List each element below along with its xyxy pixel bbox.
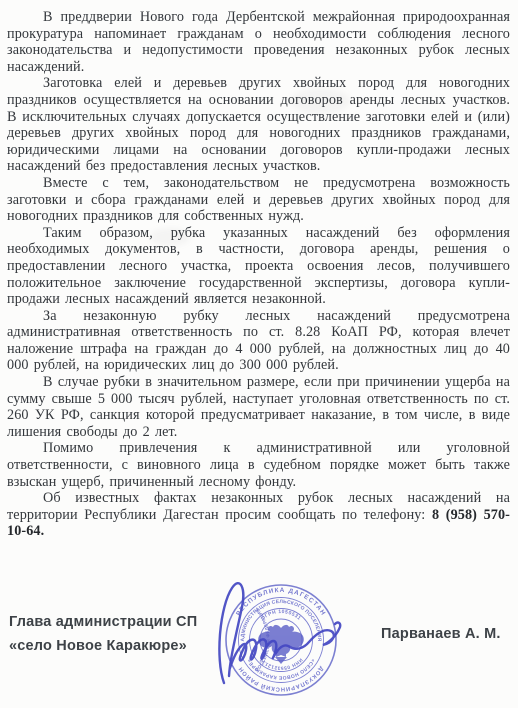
paragraph-illegal-definition: Таким образом, рубка указанных насаждени…	[7, 225, 510, 308]
signer-title-line2: «село Новое Каракюре»	[9, 634, 197, 658]
document-page: В преддверии Нового года Дербентской меж…	[0, 0, 518, 708]
signer-title-line1: Глава администрации СП	[9, 610, 197, 634]
paragraph-intro: В преддверии Нового года Дербентской меж…	[7, 9, 510, 75]
paragraph-criminal-liability: В случае рубки в значительном размере, е…	[7, 374, 510, 440]
document-body: В преддверии Нового года Дербентской меж…	[7, 9, 510, 540]
official-stamp: РЕСПУБЛИКА ДАГЕСТАН РОССИЙСКАЯ ФЕДЕРАЦИЯ…	[215, 576, 347, 706]
signer-name: Парванаев А. М.	[381, 626, 501, 642]
paragraph-contact: Об известных фактах незаконных рубок лес…	[7, 490, 510, 540]
signer-title: Глава администрации СП «село Новое Карак…	[9, 610, 197, 658]
paragraph-administrative-liability: За незаконную рубку лесных насаждений пр…	[7, 308, 510, 374]
paragraph-damages: Помимо привлечения к административной ил…	[7, 440, 510, 490]
paragraph-no-personal-harvest: Вместе с тем, законодательством не преду…	[7, 175, 510, 225]
paragraph-harvest-rules: Заготовка елей и деревьев других хвойных…	[7, 75, 510, 175]
